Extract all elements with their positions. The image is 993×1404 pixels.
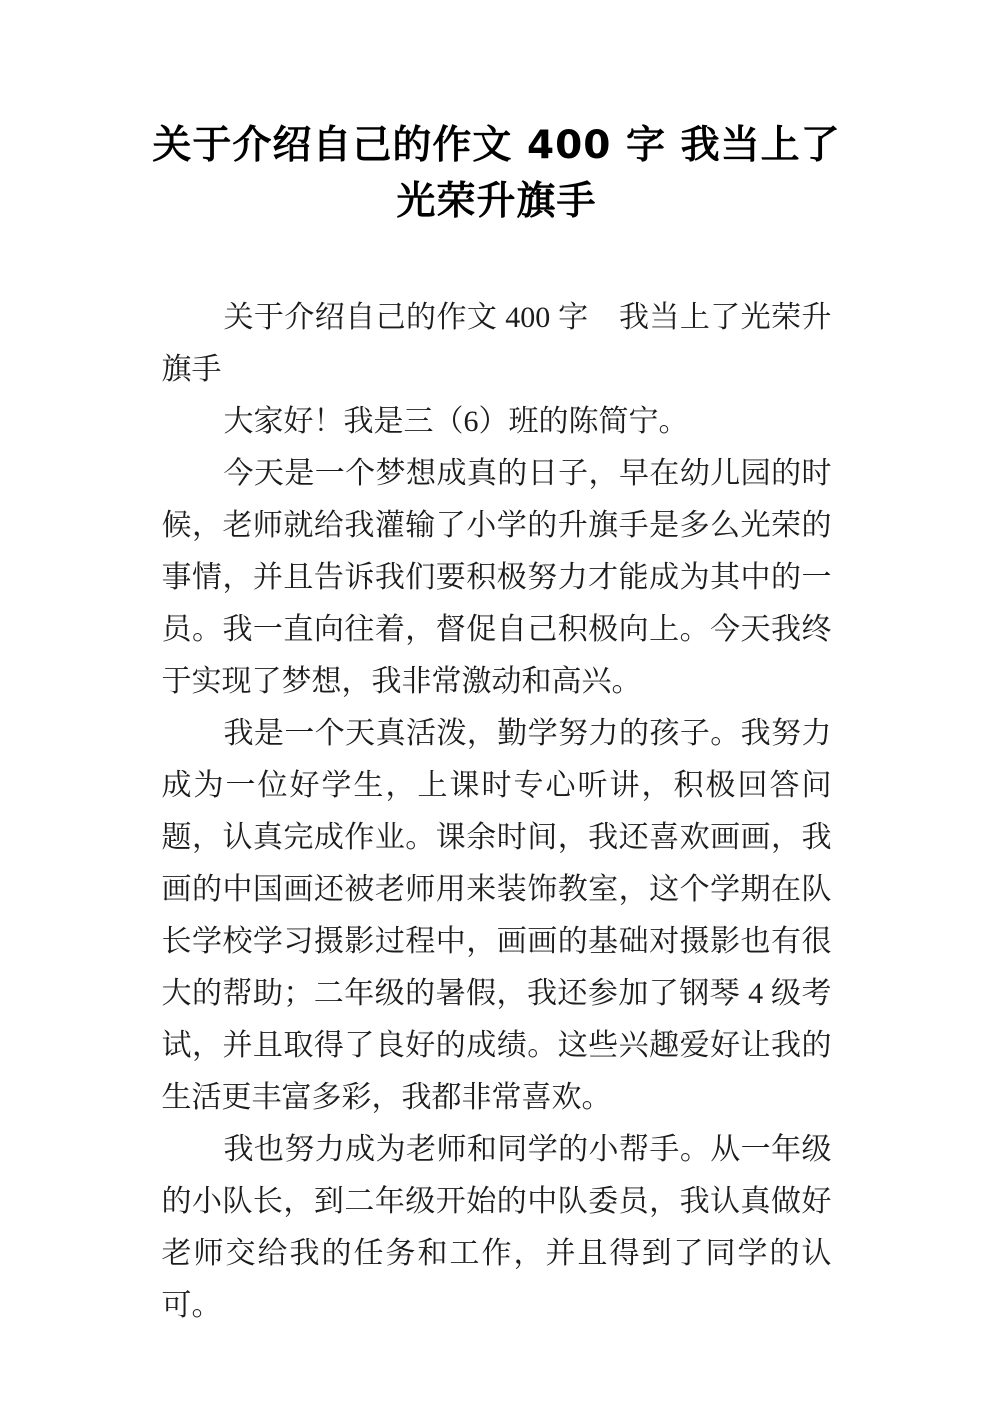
paragraph-greeting: 大家好！我是三（6）班的陈简宁。 (162, 396, 832, 448)
paragraph-heading-repeat: 关于介绍自己的作文 400 字 我当上了光荣升旗手 (162, 292, 832, 396)
paragraph-helper: 我也努力成为老师和同学的小帮手。从一年级的小队长，到二年级开始的中队委员，我认真… (162, 1124, 832, 1332)
document-title: 关于介绍自己的作文 400 字 我当上了光荣升旗手 (149, 118, 845, 230)
paragraph-dream: 今天是一个梦想成真的日子，早在幼儿园的时候，老师就给我灌输了小学的升旗手是多么光… (162, 448, 832, 708)
document-body: 关于介绍自己的作文 400 字 我当上了光荣升旗手 大家好！我是三（6）班的陈简… (162, 292, 832, 1332)
paragraph-hobbies: 我是一个天真活泼，勤学努力的孩子。我努力成为一位好学生，上课时专心听讲，积极回答… (162, 708, 832, 1124)
document-page: 关于介绍自己的作文 400 字 我当上了光荣升旗手 关于介绍自己的作文 400 … (0, 0, 993, 1404)
